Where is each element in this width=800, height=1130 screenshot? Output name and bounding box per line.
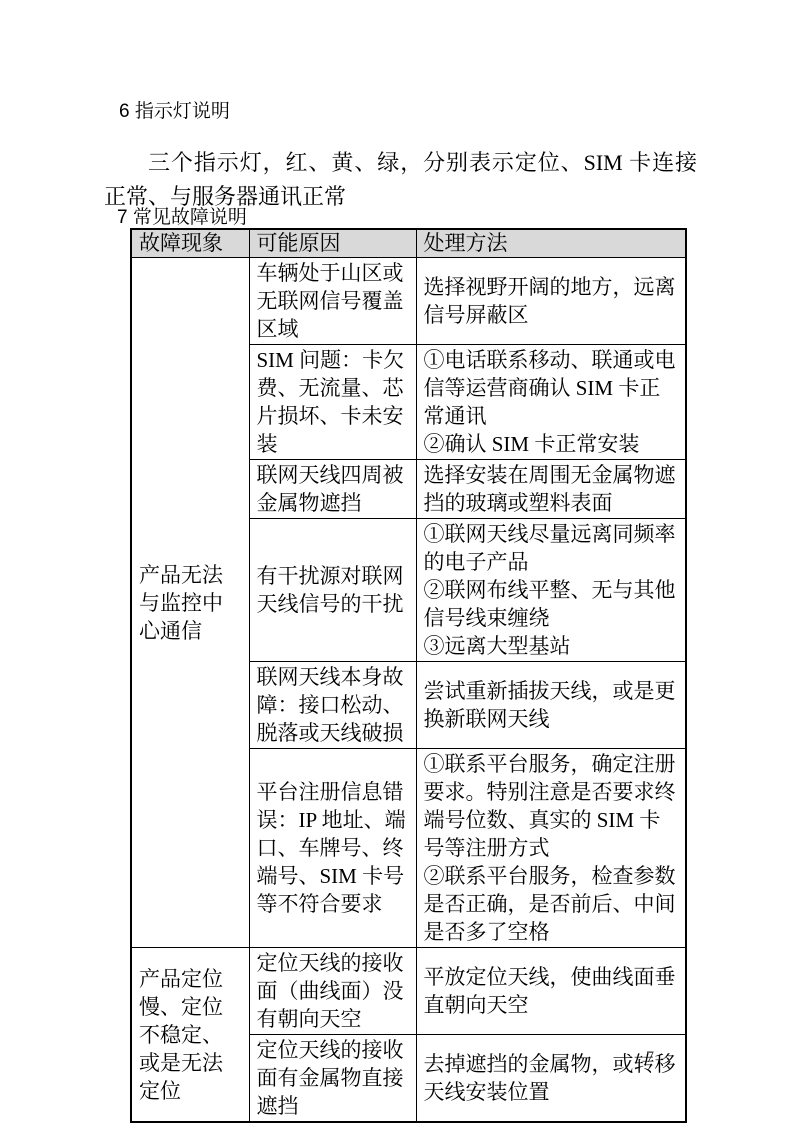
cause-cell: 定位天线的接收面（曲线面）没有朝向天空 xyxy=(249,948,416,1035)
solution-cell: 尝试重新插拔天线，或是更换新联网天线 xyxy=(416,662,686,749)
table-row: 产品定位慢、定位不稳定、或是无法定位 定位天线的接收面（曲线面）没有朝向天空 平… xyxy=(131,948,686,1035)
solution-cell: 选择安装在周围无金属物遮挡的玻璃或塑料表面 xyxy=(416,460,686,519)
solution-cell: 平放定位天线，使曲线面垂直朝向天空 xyxy=(416,948,686,1035)
solution-cell: 去掉遮挡的金属物，或转移天线安装位置 xyxy=(416,1035,686,1123)
table-row: 产品无法与监控中心通信 车辆处于山区或无联网信号覆盖区域 选择视野开阔的地方，远… xyxy=(131,258,686,345)
section-6-heading: 6 指示灯说明 xyxy=(119,96,230,123)
solution-cell: ①联网天线尽量远离同频率的电子产品 ②联网布线平整、无与其他信号线束缠绕 ③远离… xyxy=(416,519,686,662)
cause-cell: 车辆处于山区或无联网信号覆盖区域 xyxy=(249,258,416,345)
solution-cell: ①电话联系移动、联通或电信等运营商确认 SIM 卡正常通讯 ②确认 SIM 卡正… xyxy=(416,345,686,460)
solution-cell: 选择视野开阔的地方，远离信号屏蔽区 xyxy=(416,258,686,345)
table-header-row: 故障现象 可能原因 处理方法 xyxy=(131,229,686,258)
cause-cell: 定位天线的接收面有金属物直接遮挡 xyxy=(249,1035,416,1123)
cause-cell: SIM 问题：卡欠费、无流量、芯片损坏、卡未安装 xyxy=(249,345,416,460)
cause-cell: 有干扰源对联网天线信号的干扰 xyxy=(249,519,416,662)
cause-cell: 平台注册信息错误：IP 地址、端口、车牌号、终端号、SIM 卡号等不符合要求 xyxy=(249,749,416,948)
section-7-heading: 7 常见故障说明 xyxy=(117,202,247,229)
solution-cell: ①联系平台服务，确定注册要求。特别注意是否要求终端号位数、真实的 SIM 卡号等… xyxy=(416,749,686,948)
cause-cell: 联网天线四周被金属物遮挡 xyxy=(249,460,416,519)
header-solution: 处理方法 xyxy=(416,229,686,258)
phenomenon-cell-communication: 产品无法与监控中心通信 xyxy=(131,258,249,948)
document-page: 6 指示灯说明 三个指示灯，红、黄、绿，分别表示定位、SIM 卡连接正常、与服务… xyxy=(0,0,800,1130)
fault-table: 故障现象 可能原因 处理方法 产品无法与监控中心通信 车辆处于山区或无联网信号覆… xyxy=(130,228,687,1123)
header-possible-cause: 可能原因 xyxy=(249,229,416,258)
phenomenon-cell-positioning: 产品定位慢、定位不稳定、或是无法定位 xyxy=(131,948,249,1123)
page-number: 7 xyxy=(646,1049,654,1067)
header-fault-phenomenon: 故障现象 xyxy=(131,229,249,258)
cause-cell: 联网天线本身故障：接口松动、脱落或天线破损 xyxy=(249,662,416,749)
